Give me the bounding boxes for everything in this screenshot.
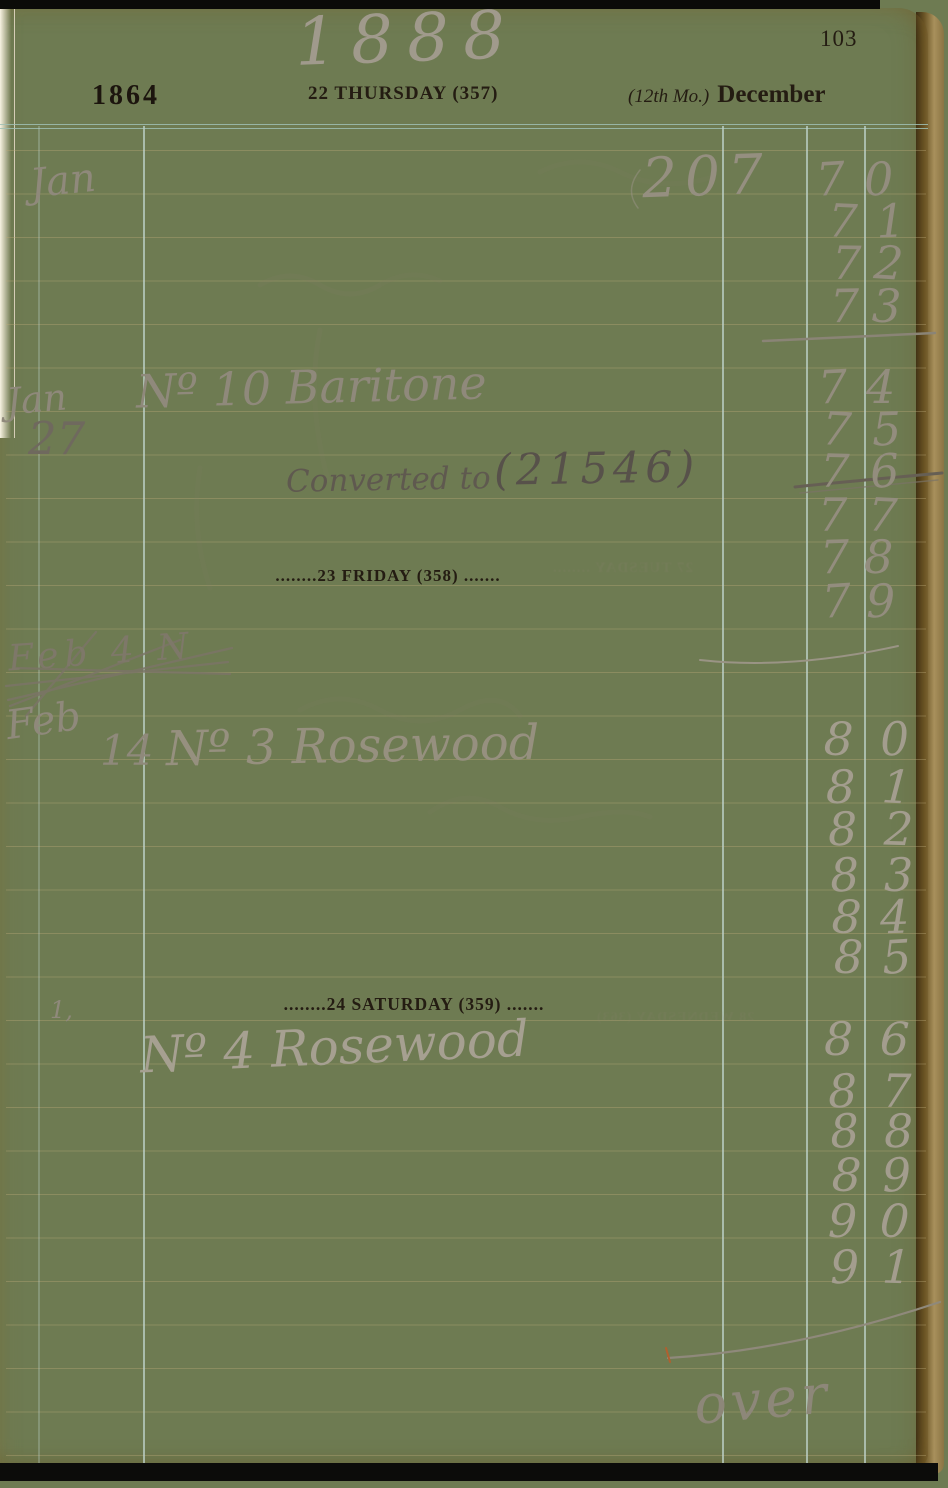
thursday-header: 22 THURSDAY (357) [308, 83, 499, 105]
ledger-digit: 8 [831, 1151, 862, 1198]
photo-bottom-edge [0, 1463, 938, 1481]
showthrough-tuesday-header: 27 TUESDAY ........ [552, 560, 693, 577]
ledger-digit: 7 [830, 283, 860, 329]
entry-baritone: Nº 10 Baritone [135, 355, 487, 418]
ledger-digit: 3 [871, 283, 902, 330]
page-number: 103 [820, 26, 858, 52]
header-rule [0, 124, 928, 125]
entry-rosewood3: Nº 3 Rosewood [166, 715, 540, 778]
entry-converted-text: Converted to [286, 460, 491, 500]
photo-top-edge [0, 0, 880, 9]
month-header: (12th Mo.)December [628, 81, 826, 109]
entry-amount-207: 207 [641, 142, 772, 210]
margin-rule [38, 126, 40, 1464]
ledger-digit: 0 [879, 1197, 911, 1245]
ledger-digit: 8 [824, 1016, 853, 1062]
ledger-digit: 2 [883, 806, 914, 853]
header-rule [0, 128, 928, 129]
ledger-digit: 8 [828, 806, 858, 852]
ledger-digit: 9 [866, 578, 896, 624]
over-note: over [692, 1362, 834, 1437]
entry-jan27-day: 27 [28, 412, 85, 465]
friday-header: ........23 FRIDAY (358) ....... [221, 566, 555, 586]
amount-column-rule [722, 126, 724, 1464]
ledger-digit: 9 [881, 1151, 912, 1198]
printed-year: 1864 [92, 80, 160, 112]
ledger-digit: 8 [823, 715, 854, 762]
diary-photo: 27 TUESDAY ........ 28 WEDNESDAY (363) [0, 0, 948, 1488]
ledger-digit: 9 [830, 1244, 860, 1290]
ledger-digit: 8 [833, 934, 864, 981]
penciled-year: 1888 [294, 0, 521, 81]
showthrough-wednesday-header: 28 WEDNESDAY (363) [596, 1010, 754, 1026]
entry-jan-label: Jan [28, 155, 98, 208]
ledger-digit: 6 [879, 1015, 910, 1062]
month-name: December [717, 81, 825, 108]
ledger-digit: 5 [881, 933, 913, 981]
saturday-header: ........24 SATURDAY (359) ....... [226, 994, 602, 1015]
entry-feb14-day: 14 [100, 726, 153, 775]
ledger-digit: 7 [821, 577, 853, 625]
entry-converted-number: (21546) [494, 442, 700, 496]
date-column-rule [143, 126, 145, 1464]
amount-column-rule [806, 126, 808, 1464]
ledger-digit: 9 [828, 1198, 858, 1244]
ledger-digit: 0 [879, 715, 910, 762]
ledger-digit: 1 [881, 1244, 912, 1291]
amount-column-rule [864, 126, 866, 1464]
tick-mark: 1, [50, 996, 73, 1024]
month-prefix: (12th Mo.) [628, 86, 709, 107]
